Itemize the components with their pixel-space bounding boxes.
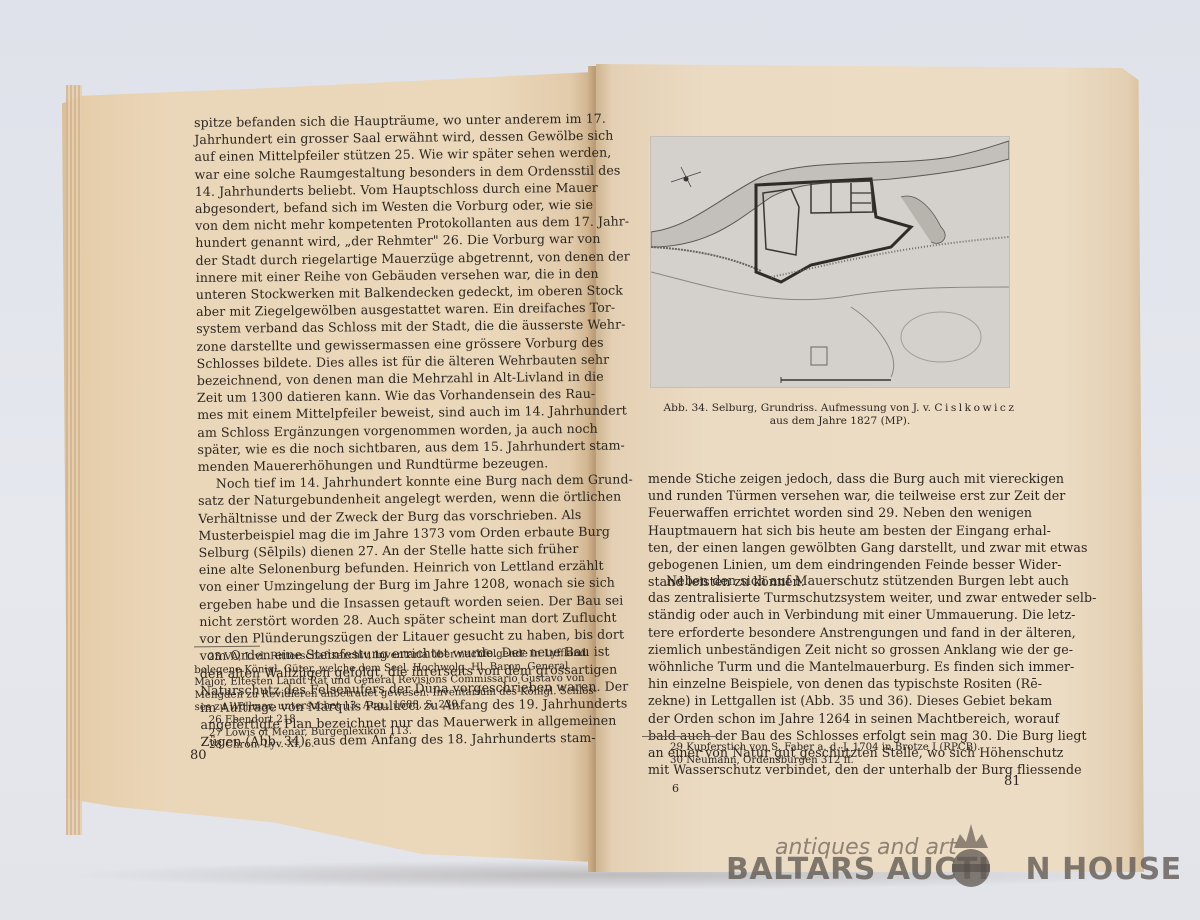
text-line: Hauptmauern hat sich bis heute am besten… bbox=[648, 522, 1032, 539]
left-page-footnotes: 25 VA, Livl. Ritterschaftsarchiv, Invent… bbox=[194, 648, 567, 753]
text-line: Neben den sich auf Mauerschutz stützende… bbox=[648, 572, 1032, 589]
text-line: Feuerwaffen errichtet worden sind 29. Ne… bbox=[648, 504, 1032, 521]
text-line: ständig oder auch in Verbindung mit eine… bbox=[648, 606, 1032, 623]
right-page-footnotes: 29 Kupferstich von S. Faber a. d. J. 170… bbox=[656, 742, 1036, 767]
watermark-brand-part2: N HOUSE bbox=[1026, 852, 1182, 887]
text-line: tere erforderte besondere Anstrengungen … bbox=[648, 624, 1032, 641]
text-line: der Orden schon im Jahre 1264 in seinen … bbox=[648, 710, 1032, 727]
figure-caption: Abb. 34. Selburg, Grundriss. Aufmessung … bbox=[648, 402, 1032, 428]
text-line: wöhnliche Turm und die Mantelmauerburg. … bbox=[648, 658, 1032, 675]
text-line: ten, der einen langen gewölbten Gang dar… bbox=[648, 539, 1032, 556]
caption-text: Abb. 34. Selburg, Grundriss. Aufmessung … bbox=[664, 402, 935, 414]
text-line: das zentralisierte Turmschutzsystem weit… bbox=[648, 589, 1032, 606]
text-line: zekne) in Lettgallen ist (Abb. 35 und 36… bbox=[648, 692, 1032, 709]
footnote-rule bbox=[642, 736, 718, 737]
text-line: und runden Türmen versehen war, die teil… bbox=[648, 487, 1032, 504]
text-line: mende Stiche zeigen jedoch, dass die Bur… bbox=[648, 470, 1032, 487]
caption-text-line2: aus dem Jahre 1827 (MP). bbox=[648, 415, 1032, 428]
page-number-left: 80 bbox=[190, 748, 207, 763]
text-line: gebogenen Linien, um dem eindringenden F… bbox=[648, 556, 1032, 573]
left-page-edges bbox=[66, 85, 82, 835]
text-line: ziemlich unbeständigen Zeit nicht so gro… bbox=[648, 641, 1032, 658]
crown-icon bbox=[948, 820, 994, 890]
caption-author-name: Cislkowicz bbox=[934, 402, 1016, 414]
paragraph: spitze befanden sich die Haupträume, wo … bbox=[194, 110, 572, 475]
footnote-line: 30 Neumann, Ordensburgen 312 ff. bbox=[656, 755, 1036, 768]
figure-selburg-plan bbox=[650, 136, 1010, 388]
castle-plan-illustration bbox=[651, 137, 1009, 387]
page-number-right: 81 bbox=[1004, 774, 1021, 789]
text-line: hin einzelne Beispiele, von denen das ty… bbox=[648, 675, 1032, 692]
signature-mark: 6 bbox=[672, 782, 679, 795]
footnote-line: 29 Kupferstich von S. Faber a. d. J. 170… bbox=[656, 742, 1036, 755]
